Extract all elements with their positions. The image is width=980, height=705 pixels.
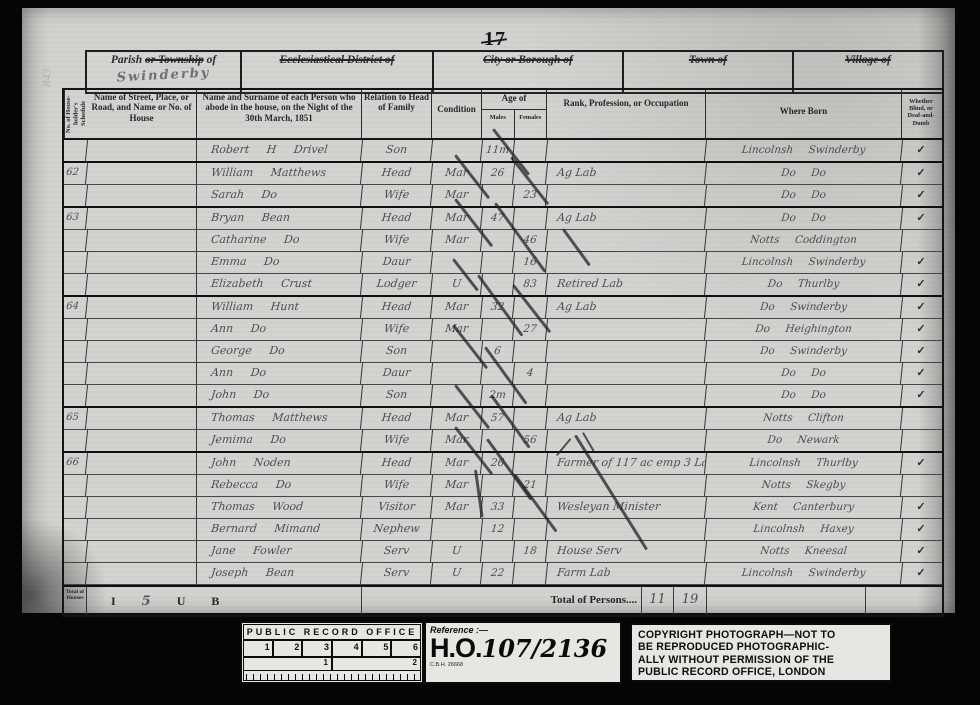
inhabited-label: I (111, 594, 116, 609)
cell-sched (63, 230, 88, 251)
cell-born: Lincolnsh Swinderby (705, 563, 903, 584)
table-row: Rebecca DoWifeMar21Notts Skegby (64, 475, 942, 497)
copyright-line: BE REPRODUCED PHOTOGRAPHIC- (638, 641, 884, 653)
table-row: George DoSon6Do Swinderby✓ (64, 341, 942, 363)
cell-born: Do Thurlby (705, 274, 903, 295)
cell-born: Kent Canterbury (705, 497, 903, 518)
cell-born: Notts Skegby (705, 475, 903, 496)
cell-born: Do Swinderby (705, 297, 903, 318)
cell-rem: ✓ (902, 453, 940, 474)
col-header-occupation: Rank, Profession, or Occupation (547, 90, 706, 138)
cell-born: Lincolnsh Swinderby (705, 140, 903, 161)
cell-born: Do Do (705, 363, 903, 384)
table-header-row: No. of House-holder's Schedule Name of S… (64, 90, 942, 140)
cell-rem: ✓ (902, 541, 940, 562)
cell-name: Elizabeth Crust (196, 274, 363, 295)
cell-name: Ann Do (196, 319, 363, 340)
cell-street (87, 363, 197, 384)
reference-stamp: Reference :— H.O.107/2136 C.B.H. 26668 (424, 621, 622, 684)
cell-rel: Son (361, 140, 433, 161)
cell-name: Catharine Do (196, 230, 363, 251)
cell-occ: Ag Lab (546, 208, 707, 229)
cell-rem: ✓ (902, 363, 940, 384)
cell-rel: Daur (361, 252, 433, 273)
table-row: 62William MatthewsHeadMar26Ag LabDo Do✓ (64, 163, 942, 185)
cell-sched (63, 519, 88, 540)
cell-rem: ✓ (902, 163, 940, 184)
reference-number: H.O.107/2136 (430, 635, 616, 662)
table-row: John DoSon2mDo Do✓ (64, 385, 942, 408)
table-footer-row: Total of Houses I 5 U B Total of Persons… (64, 585, 942, 615)
cell-name: William Matthews (196, 163, 363, 184)
ruler-number: 1 (244, 658, 333, 670)
table-body: Robert H DrivelSon11mLincolnsh Swinderby… (64, 140, 942, 585)
cell-street (87, 274, 197, 295)
cell-name: John Noden (196, 453, 363, 474)
cell-born: Do Do (705, 163, 903, 184)
ruler-number: 6 (392, 641, 420, 656)
cell-occ (546, 385, 707, 406)
cell-m: 33 (481, 497, 515, 518)
cell-rel: Wife (361, 430, 433, 451)
cell-sched (63, 185, 88, 206)
cell-occ: House Serv (546, 541, 707, 562)
cell-name: Jane Fowler (196, 541, 363, 562)
town-field: Town of (624, 52, 794, 92)
ruler-number: 2 (274, 641, 304, 656)
cell-street (87, 563, 197, 584)
cell-rel: Son (361, 385, 433, 406)
folio-number: 843 (40, 69, 55, 87)
ruler-number: 1 (244, 641, 274, 656)
total-females: 19 (674, 587, 707, 615)
cell-born: Do Do (705, 385, 903, 406)
cell-street (87, 430, 197, 451)
cell-sched (63, 475, 88, 496)
reference-prefix: H.O. (430, 633, 482, 663)
cell-sched: 66 (63, 453, 88, 474)
cell-occ: Ag Lab (546, 163, 707, 184)
cell-name: Jemima Do (196, 430, 363, 451)
cell-f (513, 453, 548, 474)
cell-rel: Wife (361, 475, 433, 496)
cell-name: John Do (196, 385, 363, 406)
inhabited-value: 5 (142, 594, 151, 609)
reference-value: 107/2136 (482, 634, 608, 663)
cell-f (513, 519, 548, 540)
cell-street (87, 252, 197, 273)
cell-rel: Head (361, 297, 433, 318)
cell-occ (546, 519, 707, 540)
cell-rem: ✓ (902, 563, 940, 584)
cell-m: 26 (481, 163, 515, 184)
cell-cond: U (431, 541, 483, 562)
cell-rel: Serv (361, 563, 433, 584)
table-row: Elizabeth CrustLodgerU83Retired LabDo Th… (64, 274, 942, 297)
cell-name: Ann Do (196, 363, 363, 384)
cell-f (513, 563, 548, 584)
age-of-label: Age of (482, 90, 546, 110)
cell-rel: Visitor (361, 497, 433, 518)
cell-name: Bryan Bean (196, 208, 363, 229)
cell-rel: Serv (361, 541, 433, 562)
cell-f (513, 208, 548, 229)
cell-cond: U (431, 563, 483, 584)
cell-rem: ✓ (902, 519, 940, 540)
col-header-street: Name of Street, Place, or Road, and Name… (87, 90, 197, 138)
cell-rem (902, 230, 940, 251)
cell-sched (63, 385, 88, 406)
cell-occ (546, 319, 707, 340)
table-row: Ann DoWifeMar27Do Heighington✓ (64, 319, 942, 341)
cell-cond: Mar (431, 297, 483, 318)
cell-street (87, 341, 197, 362)
cell-occ (546, 475, 707, 496)
document-photo: 843 17 Parish or Township of Swinderby E… (22, 8, 955, 613)
cell-rel: Wife (361, 185, 433, 206)
cell-born: Lincolnsh Haxey (705, 519, 903, 540)
cell-rel: Son (361, 341, 433, 362)
cell-street (87, 297, 197, 318)
cell-born: Do Heighington (705, 319, 903, 340)
cell-born: Do Do (705, 208, 903, 229)
cell-born: Do Swinderby (705, 341, 903, 362)
cell-sched (63, 319, 88, 340)
cell-rem: ✓ (902, 385, 940, 406)
cell-rem (902, 430, 940, 451)
cell-sched (63, 497, 88, 518)
cell-name: George Do (196, 341, 363, 362)
cell-street (87, 408, 197, 429)
cell-occ: Ag Lab (546, 408, 707, 429)
copyright-line: ALLY WITHOUT PERMISSION OF THE (638, 654, 884, 666)
cell-street (87, 541, 197, 562)
cell-rel: Head (361, 208, 433, 229)
ruler-number: 2 (333, 658, 420, 670)
ruler-ticks (244, 671, 420, 680)
cell-sched (63, 430, 88, 451)
table-row: Bernard MimandNephew12Lincolnsh Haxey✓ (64, 519, 942, 541)
cell-cond (431, 519, 483, 540)
cell-sched (63, 252, 88, 273)
table-row: Thomas WoodVisitorMar33Wesleyan Minister… (64, 497, 942, 519)
cell-rel: Lodger (361, 274, 433, 295)
village-field: Village of (794, 52, 942, 92)
cell-rel: Daur (361, 363, 433, 384)
cell-name: Thomas Wood (196, 497, 363, 518)
cell-sched (63, 563, 88, 584)
cell-f (513, 408, 548, 429)
total-houses-label: Total of Houses (64, 587, 87, 615)
cell-rem (902, 408, 940, 429)
col-header-condition: Condition (432, 90, 482, 138)
parish-label: Parish or Township of (111, 54, 216, 66)
parish-field: Parish or Township of Swinderby (87, 52, 242, 92)
cell-street (87, 208, 197, 229)
cell-rem: ✓ (902, 319, 940, 340)
cell-occ (546, 341, 707, 362)
cell-occ (546, 140, 707, 161)
copyright-notice: COPYRIGHT PHOTOGRAPH—NOT TOBE REPRODUCED… (630, 623, 892, 682)
cell-f: 4 (513, 363, 548, 384)
col-header-name: Name and Surname of each Person who abod… (197, 90, 362, 138)
cell-name: Thomas Matthews (196, 408, 363, 429)
cell-street (87, 230, 197, 251)
table-row: Jane FowlerServU18House ServNotts Kneesa… (64, 541, 942, 563)
cell-rel: Wife (361, 230, 433, 251)
cell-name: Bernard Mimand (196, 519, 363, 540)
cell-born: Do Newark (705, 430, 903, 451)
cell-occ (546, 363, 707, 384)
table-row: Jemima DoWifeMar56Do Newark (64, 430, 942, 453)
cell-rel: Wife (361, 319, 433, 340)
cell-sched (63, 274, 88, 295)
col-header-where-born: Where Born (706, 90, 902, 138)
cell-street (87, 519, 197, 540)
cell-rem: ✓ (902, 252, 940, 273)
census-photograph: 843 17 Parish or Township of Swinderby E… (0, 0, 980, 705)
ruler-number: 4 (333, 641, 363, 656)
cell-sched (63, 341, 88, 362)
cell-sched: 63 (63, 208, 88, 229)
ruler-inch-scale: 123456 (244, 641, 420, 658)
cell-cond (431, 363, 483, 384)
cell-occ: Farm Lab (546, 563, 707, 584)
cell-occ (546, 252, 707, 273)
table-row: Catharine DoWifeMar46Notts Coddington (64, 230, 942, 252)
col-header-schedule: No. of House-holder's Schedule (64, 90, 87, 138)
cell-m (481, 252, 515, 273)
cell-m (481, 475, 515, 496)
cell-born: Notts Kneesal (705, 541, 903, 562)
cell-street (87, 497, 197, 518)
cell-name: Robert H Drivel (196, 140, 363, 161)
cell-sched: 64 (63, 297, 88, 318)
cell-rem: ✓ (902, 341, 940, 362)
cell-rel: Head (361, 453, 433, 474)
census-table: No. of House-holder's Schedule Name of S… (62, 88, 944, 617)
cell-rel: Nephew (361, 519, 433, 540)
cell-street (87, 475, 197, 496)
cell-born: Notts Clifton (705, 408, 903, 429)
ruler-half-scale: 12 (244, 658, 420, 671)
cell-f: 18 (513, 541, 548, 562)
cell-occ: Ag Lab (546, 297, 707, 318)
cell-m: 12 (481, 519, 515, 540)
cell-rem: ✓ (902, 208, 940, 229)
cell-street (87, 163, 197, 184)
ruler-number: 5 (363, 641, 393, 656)
cell-cond: Mar (431, 230, 483, 251)
cell-rem: ✓ (902, 140, 940, 161)
col-header-remarks: Whether Blind, or Deaf-and-Dumb (902, 90, 940, 138)
total-persons-label: Total of Persons.... (362, 587, 642, 615)
cell-rem (902, 475, 940, 496)
copyright-line: COPYRIGHT PHOTOGRAPH—NOT TO (638, 629, 884, 641)
cell-street (87, 185, 197, 206)
copyright-line: PUBLIC RECORD OFFICE, LONDON (638, 666, 884, 678)
page-number: 17 (484, 28, 506, 51)
table-row: Joseph BeanServU22Farm LabLincolnsh Swin… (64, 563, 942, 585)
cell-rem: ✓ (902, 497, 940, 518)
city-borough-field: City or Borough of (434, 52, 624, 92)
cell-m (481, 541, 515, 562)
cell-f (513, 341, 548, 362)
cell-street (87, 319, 197, 340)
pro-title: PUBLIC RECORD OFFICE (244, 625, 420, 641)
public-record-office-stamp: PUBLIC RECORD OFFICE 123456 12 (240, 621, 424, 684)
cell-rem: ✓ (902, 274, 940, 295)
cell-occ: Retired Lab (546, 274, 707, 295)
parish-value-handwritten: Swinderby (87, 64, 241, 87)
cell-rem: ✓ (902, 297, 940, 318)
cell-occ (546, 185, 707, 206)
cell-sched: 62 (63, 163, 88, 184)
uninhabited-label: U (177, 594, 186, 609)
building-label: B (211, 594, 219, 609)
ruler-number: 3 (303, 641, 333, 656)
cell-name: Rebecca Do (196, 475, 363, 496)
cell-born: Lincolnsh Thurlby (705, 453, 903, 474)
cell-name: William Hunt (196, 297, 363, 318)
cell-sched: 65 (63, 408, 88, 429)
cell-rel: Head (361, 408, 433, 429)
total-males: 11 (642, 587, 674, 615)
cell-sched (63, 363, 88, 384)
cell-street (87, 453, 197, 474)
cell-street (87, 140, 197, 161)
cell-sched (63, 541, 88, 562)
houses-summary: I 5 U B (87, 587, 362, 615)
table-row: Sarah DoWifeMar23Do Do✓ (64, 185, 942, 208)
cell-m: 22 (481, 563, 515, 584)
cell-sched (63, 140, 88, 161)
cell-name: Sarah Do (196, 185, 363, 206)
cell-street (87, 385, 197, 406)
cell-name: Joseph Bean (196, 563, 363, 584)
cell-cond: Mar (431, 430, 483, 451)
ecclesiastical-district-field: Ecclesiastical District of (242, 52, 434, 92)
cell-name: Emma Do (196, 252, 363, 273)
col-header-relation: Relation to Head of Family (362, 90, 432, 138)
cell-born: Notts Coddington (705, 230, 903, 251)
cell-rem: ✓ (902, 185, 940, 206)
cell-born: Do Do (705, 185, 903, 206)
age-females-label: Females (515, 110, 547, 138)
cell-occ: Farmer of 117 ac emp 3 Lab (546, 453, 707, 474)
cell-rel: Head (361, 163, 433, 184)
table-row: Emma DoDaur16Lincolnsh Swinderby✓ (64, 252, 942, 274)
cell-cond: Mar (431, 497, 483, 518)
cell-born: Lincolnsh Swinderby (705, 252, 903, 273)
